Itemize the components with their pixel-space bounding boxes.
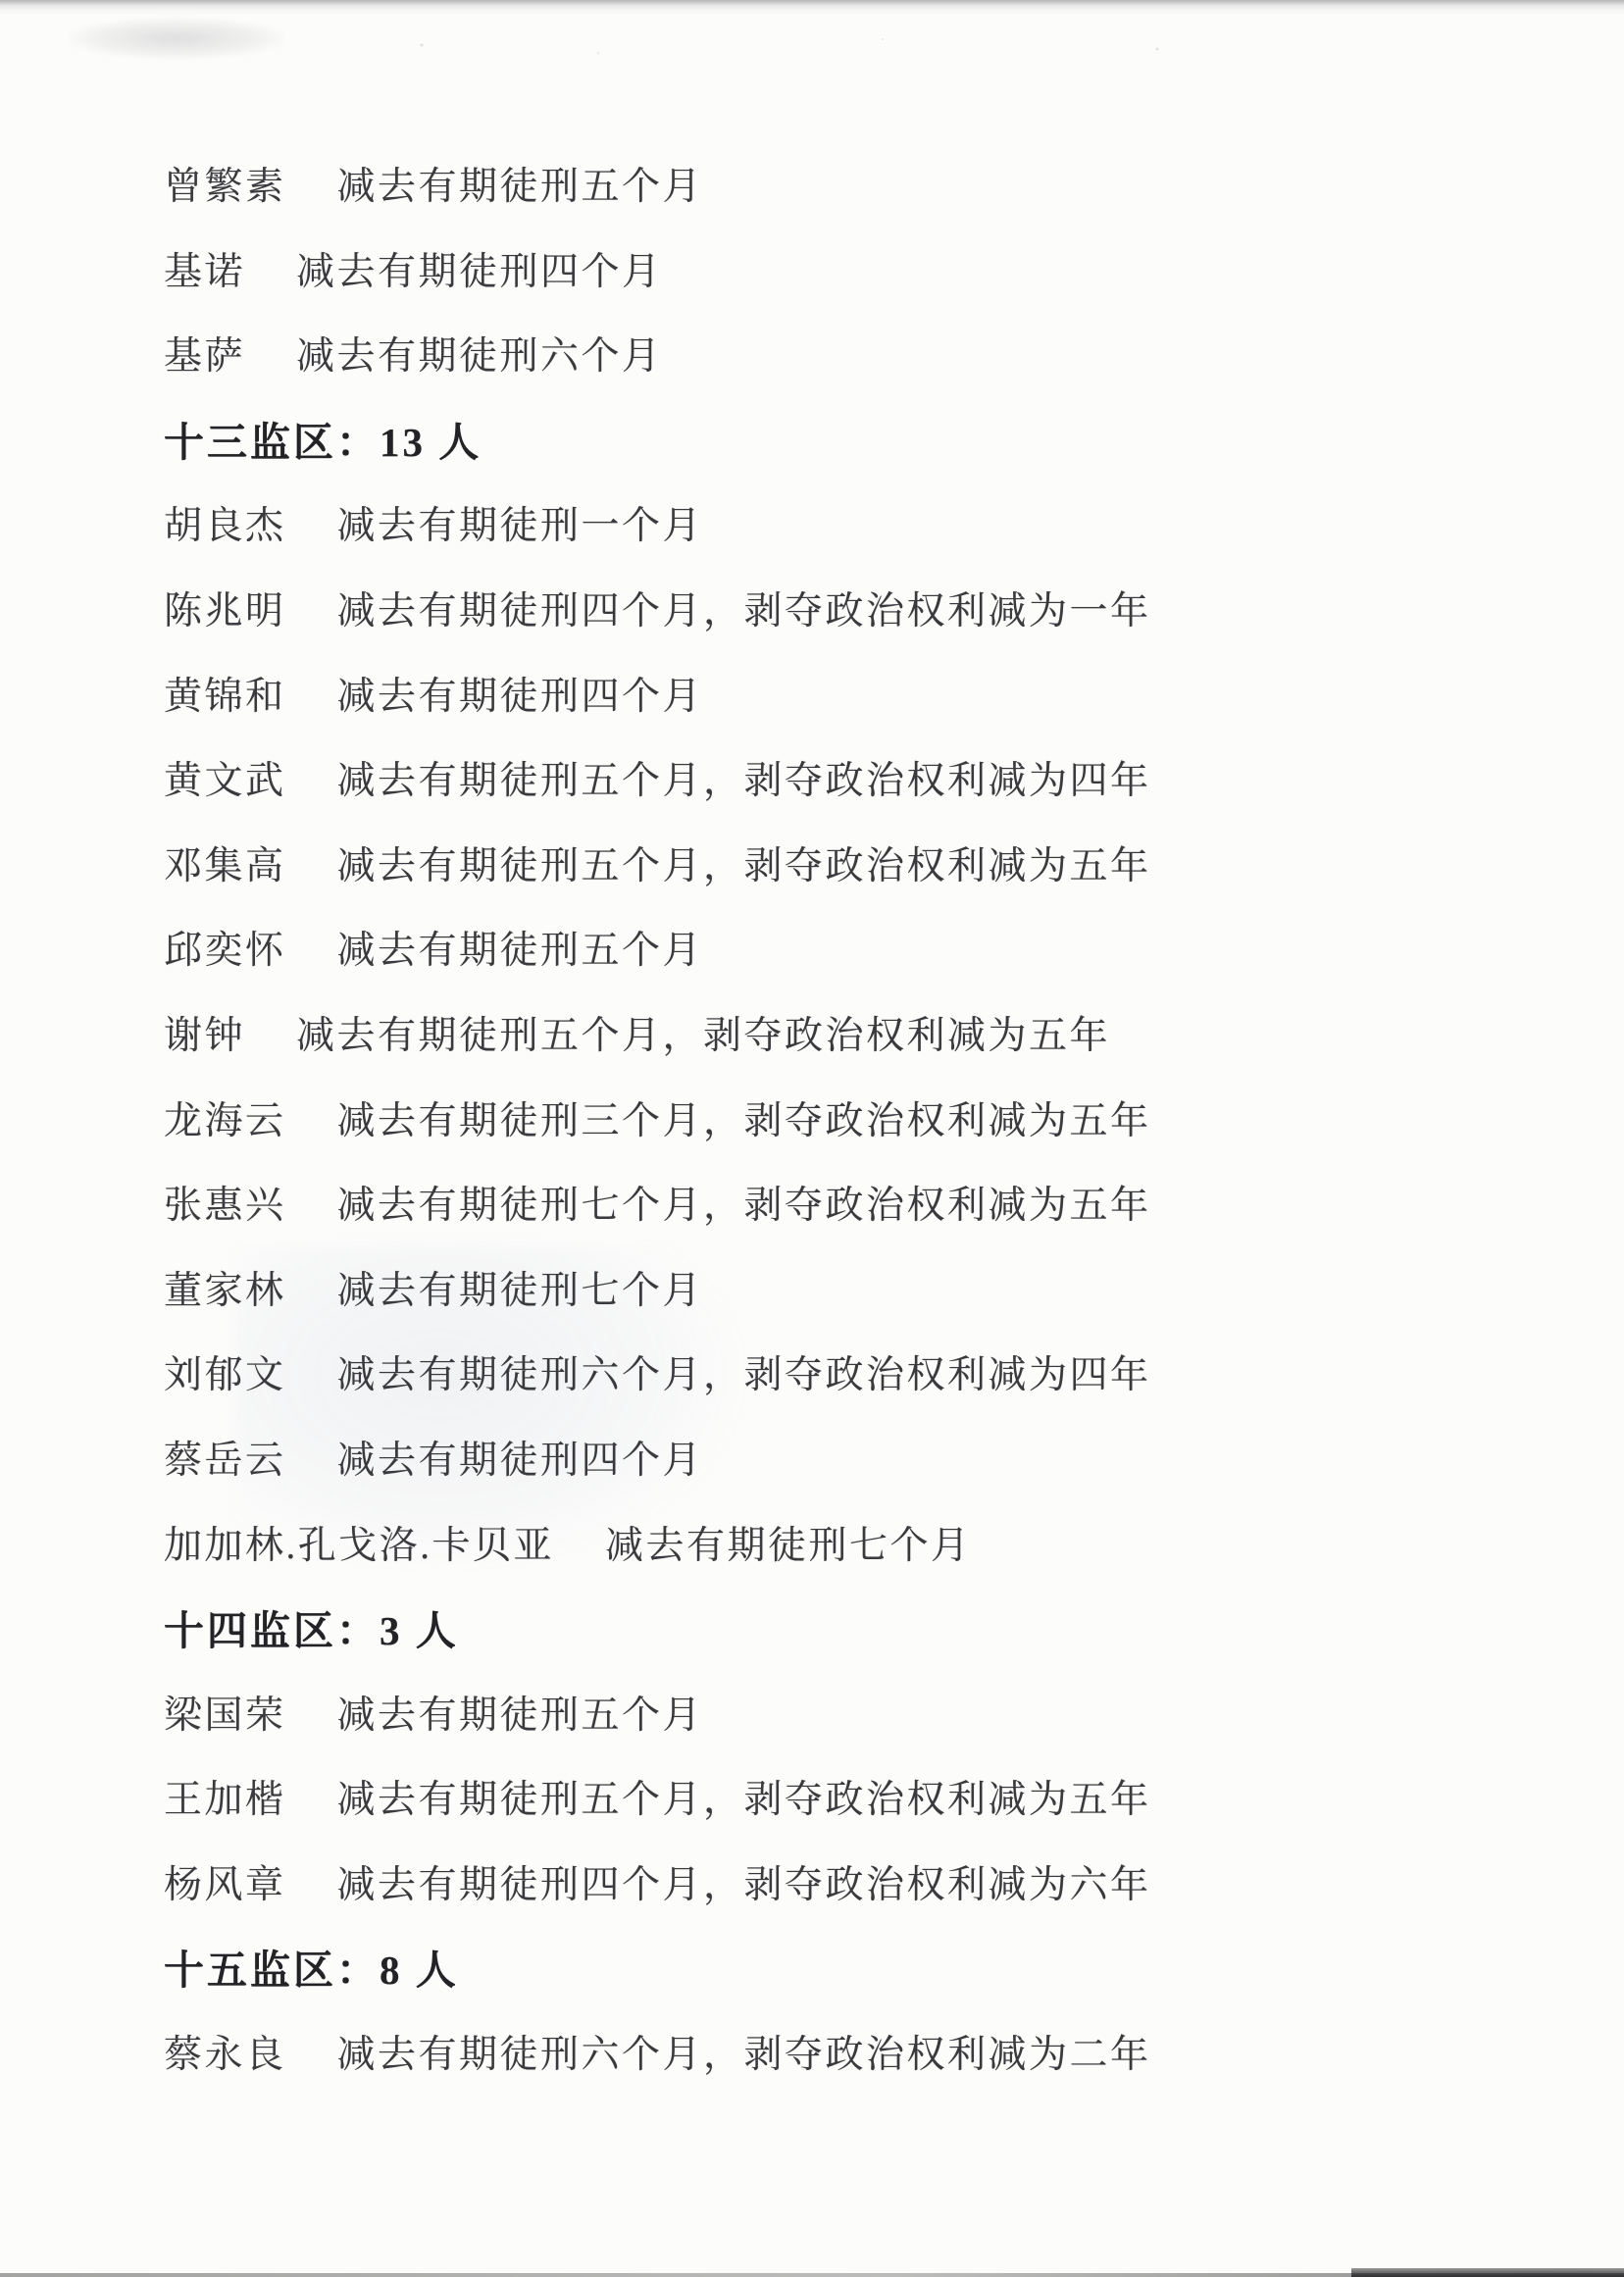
sentence-reduction-text: 减去有期徒刑五个月 xyxy=(337,145,704,230)
prisoner-name: 黄锦和 xyxy=(164,655,286,740)
list-item: 胡良杰减去有期徒刑一个月 xyxy=(164,484,1565,570)
sentence-reduction-text: 减去有期徒刑五个月，剥夺政治权利减为四年 xyxy=(337,739,1151,825)
list-item: 蔡岳云减去有期徒刑四个月 xyxy=(164,1419,1565,1504)
list-item: 杨风章减去有期徒刑四个月，剥夺政治权利减为六年 xyxy=(164,1844,1565,1929)
sentence-reduction-text: 减去有期徒刑六个月，剥夺政治权利减为二年 xyxy=(337,2013,1151,2099)
sentence-reduction-text: 减去有期徒刑四个月，剥夺政治权利减为一年 xyxy=(337,570,1151,655)
sentence-reduction-text: 减去有期徒刑七个月 xyxy=(337,1249,704,1335)
sentence-reduction-text: 减去有期徒刑七个月，剥夺政治权利减为五年 xyxy=(337,1164,1151,1249)
list-item: 刘郁文减去有期徒刑六个月，剥夺政治权利减为四年 xyxy=(164,1334,1565,1419)
list-item: 黄锦和减去有期徒刑四个月 xyxy=(164,655,1565,740)
sentence-reduction-text: 减去有期徒刑一个月 xyxy=(337,484,704,570)
section-header: 十五监区：8 人 xyxy=(164,1928,1565,2013)
prisoner-name: 龙海云 xyxy=(164,1080,286,1165)
scan-artifact-bottom-dark xyxy=(1351,2268,1624,2277)
scan-artifact-smudge xyxy=(69,18,284,59)
prisoner-name: 黄文武 xyxy=(164,739,286,825)
prisoner-name: 杨风章 xyxy=(164,1844,286,1929)
scan-artifact-top-edge xyxy=(0,0,1624,16)
sentence-reduction-text: 减去有期徒刑四个月 xyxy=(337,655,704,740)
sentence-reduction-text: 减去有期徒刑七个月 xyxy=(605,1504,972,1590)
prisoner-name: 谢钟 xyxy=(164,994,245,1080)
prisoner-name: 邱奕怀 xyxy=(164,909,286,994)
prisoner-name: 刘郁文 xyxy=(164,1334,286,1419)
section-title: 十四监区：3 人 xyxy=(164,1608,459,1653)
prisoner-name: 王加楷 xyxy=(164,1758,286,1844)
prisoner-name: 曾繁素 xyxy=(164,145,286,230)
list-item: 董家林减去有期徒刑七个月 xyxy=(164,1249,1565,1335)
list-item: 基萨减去有期徒刑六个月 xyxy=(164,315,1565,400)
prisoner-name: 邓集高 xyxy=(164,825,286,910)
sentence-reduction-text: 减去有期徒刑四个月，剥夺政治权利减为六年 xyxy=(337,1844,1151,1929)
prisoner-name: 蔡永良 xyxy=(164,2013,286,2099)
list-item: 张惠兴减去有期徒刑七个月，剥夺政治权利减为五年 xyxy=(164,1164,1565,1249)
list-item: 邱奕怀减去有期徒刑五个月 xyxy=(164,909,1565,994)
list-item: 蔡永良减去有期徒刑六个月，剥夺政治权利减为二年 xyxy=(164,2013,1565,2099)
sentence-reduction-text: 减去有期徒刑五个月 xyxy=(337,1674,704,1759)
prisoner-name: 陈兆明 xyxy=(164,570,286,655)
section-header: 十四监区：3 人 xyxy=(164,1589,1565,1674)
sentence-reduction-text: 减去有期徒刑五个月，剥夺政治权利减为五年 xyxy=(337,825,1151,910)
sentence-reduction-list: 曾繁素减去有期徒刑五个月 基诺减去有期徒刑四个月 基萨减去有期徒刑六个月 十三监… xyxy=(164,145,1565,2099)
section-title: 十五监区：8 人 xyxy=(164,1948,459,1993)
list-item: 加加林.孔戈洛.卡贝亚减去有期徒刑七个月 xyxy=(164,1504,1565,1590)
list-item: 曾繁素减去有期徒刑五个月 xyxy=(164,145,1565,230)
sentence-reduction-text: 减去有期徒刑五个月，剥夺政治权利减为五年 xyxy=(296,994,1110,1080)
section-title: 十三监区：13 人 xyxy=(164,420,482,465)
list-item: 谢钟减去有期徒刑五个月，剥夺政治权利减为五年 xyxy=(164,994,1565,1080)
sentence-reduction-text: 减去有期徒刑五个月 xyxy=(337,909,704,994)
sentence-reduction-text: 减去有期徒刑四个月 xyxy=(337,1419,704,1504)
sentence-reduction-text: 减去有期徒刑四个月 xyxy=(296,230,663,316)
list-item: 王加楷减去有期徒刑五个月，剥夺政治权利减为五年 xyxy=(164,1758,1565,1844)
prisoner-name: 梁国荣 xyxy=(164,1674,286,1759)
prisoner-name: 基萨 xyxy=(164,315,245,400)
section-header: 十三监区：13 人 xyxy=(164,400,1565,485)
sentence-reduction-text: 减去有期徒刑三个月，剥夺政治权利减为五年 xyxy=(337,1080,1151,1165)
prisoner-name: 基诺 xyxy=(164,230,245,316)
prisoner-name: 胡良杰 xyxy=(164,484,286,570)
list-item: 龙海云减去有期徒刑三个月，剥夺政治权利减为五年 xyxy=(164,1080,1565,1165)
list-item: 梁国荣减去有期徒刑五个月 xyxy=(164,1674,1565,1759)
prisoner-name: 张惠兴 xyxy=(164,1164,286,1249)
sentence-reduction-text: 减去有期徒刑五个月，剥夺政治权利减为五年 xyxy=(337,1758,1151,1844)
list-item: 陈兆明减去有期徒刑四个月，剥夺政治权利减为一年 xyxy=(164,570,1565,655)
scan-artifact-speckles xyxy=(412,33,1196,63)
list-item: 基诺减去有期徒刑四个月 xyxy=(164,230,1565,316)
sentence-reduction-text: 减去有期徒刑六个月，剥夺政治权利减为四年 xyxy=(337,1334,1151,1419)
prisoner-name: 董家林 xyxy=(164,1249,286,1335)
document-page: 曾繁素减去有期徒刑五个月 基诺减去有期徒刑四个月 基萨减去有期徒刑六个月 十三监… xyxy=(0,0,1624,2277)
prisoner-name: 加加林.孔戈洛.卡贝亚 xyxy=(164,1504,554,1590)
sentence-reduction-text: 减去有期徒刑六个月 xyxy=(296,315,663,400)
list-item: 黄文武减去有期徒刑五个月，剥夺政治权利减为四年 xyxy=(164,739,1565,825)
prisoner-name: 蔡岳云 xyxy=(164,1419,286,1504)
list-item: 邓集高减去有期徒刑五个月，剥夺政治权利减为五年 xyxy=(164,825,1565,910)
